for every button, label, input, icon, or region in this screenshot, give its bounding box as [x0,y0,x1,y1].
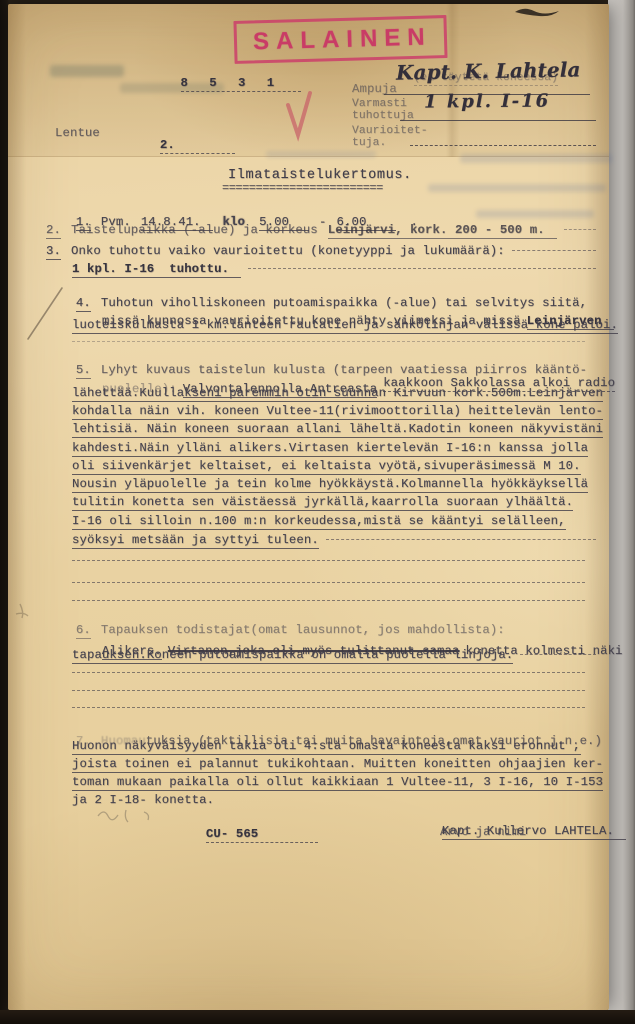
answer-text: Nousin yläpuolelle ja tein kolme hyökkäy… [72,477,588,493]
blank-rule [72,707,585,708]
item-3: 3.Onko tuhottu vaiko vaurioitettu (konet… [46,244,596,260]
item-5-line3: lähettää.Kuullakseni paremmin otin suunn… [72,386,603,400]
answer-text: Huonon näkyväisyyden takia oli 4:stä oma… [72,739,581,755]
diary-number-value: 8 5 3 1 [181,76,302,92]
unit-code-text: CU- 565 [206,827,318,843]
blank-rule [72,690,585,691]
flight-value: 2. [130,124,235,166]
answer-text: Leinjärvi, kork. 200 - 500 m. [328,223,557,239]
item-6-line2: tapauksen.Koneen putoamispaikka on omall… [72,648,596,664]
item-5-line6: kahdesti.Näin ylläni alikers.Virtasen ki… [72,441,588,455]
rule-fill [512,248,596,251]
answer-text: lähettää.Kuullakseni paremmin otin suunn… [72,386,603,402]
item-2: 2.Taistelupaikka (-alue) ja korkeusLeinj… [46,223,596,239]
answer-text: tapauksen.Koneen putoamispaikka on omall… [72,648,513,664]
confirmed-kills-value-handwritten: 1 kpl. I-16 [424,94,550,109]
answer-text: oli siivenkärjet keltaiset, ei keltaista… [72,459,581,475]
document-page: SALAINEN 8 5 3 1 (ei täytetä koneessa) A… [8,4,609,1010]
bleedthrough-text-blob [476,210,594,218]
item-3-answer: 1 kpl. I-16 tuhottu. [72,262,596,278]
answer-text: kohdalla näin vih. koneen Vultee-11(rivi… [72,404,603,420]
question-text: Taistelupaikka (-alue) ja korkeus [71,223,318,237]
question-text: Onko tuhottu vaiko vaurioitettu (konetyy… [71,244,505,258]
bleedthrough-text-blob [460,154,612,163]
photo-backing-edge [608,0,635,1012]
rule-fill [326,537,596,540]
faded-stamp-blob [50,65,124,77]
answer-line [400,120,596,121]
pencil-mark [16,604,28,618]
blank-rule [72,341,585,342]
rule-fill [520,652,596,655]
item-5-line4: kohdalla näin vih. koneen Vultee-11(rivi… [72,404,603,418]
item-5-line7: oli siivenkärjet keltaiset, ei keltaista… [72,459,581,473]
bleedthrough-text-blob [266,151,376,158]
item-4-line3: luoteiskulmasta 1 km.länteen rautatien j… [72,318,596,334]
item-5-line5: lehtisiä. Näin koneen suoraan allani läh… [72,422,603,436]
item-7-line1: Huonon näkyväisyyden takia oli 4:stä oma… [72,739,581,753]
answer-text: joista toinen ei palannut tukikohtaan. M… [72,757,603,773]
diary-number-field: 8 5 3 1 [123,62,301,104]
ink-blot [515,9,559,16]
blank-rule [72,560,585,561]
answer-text: lehtisiä. Näin koneen suoraan allani läh… [72,422,603,438]
item-5-line8: Nousin yläpuolelle ja tein kolme hyökkäy… [72,477,588,491]
shooter-value-handwritten: Kapt. K. Lahtela [396,62,581,79]
rule-fill [564,227,596,230]
flight-value-text: 2. [160,138,235,154]
photo-frame-edge [0,1010,635,1024]
pencil-scribble [98,810,149,822]
item-number: 2. [46,223,61,239]
item-7-line4: ja 2 I-18- konetta. [72,793,214,807]
signature-caption: Arvo ja nimi [440,825,526,839]
answer-text: toman mukaan paikalla oli ollut kaikkiaa… [72,775,603,791]
item-5-line10: I-16 oli silloin n.100 m:n korkeudessa,m… [72,514,566,528]
answer-text: luoteiskulmasta 1 km.länteen rautatien j… [72,318,618,334]
answer-text: 1 kpl. I-16 tuhottu. [72,262,241,278]
answer-text: ja 2 I-18- konetta. [72,793,214,807]
item-7-line2: joista toinen ei palannut tukikohtaan. M… [72,757,603,771]
answer-text: syöksyi metsään ja syttyi tuleen. [72,533,319,549]
answer-text: I-16 oli silloin n.100 m:n korkeudessa,m… [72,514,566,530]
rule-fill [248,266,596,269]
blank-rule [72,672,585,673]
title-underline: ======================== [222,181,383,195]
answer-text: tulitin konetta sen väistäessä jyrkällä,… [72,495,573,511]
item-5-line11: syöksyi metsään ja syttyi tuleen. [72,533,596,549]
flight-label: Lentue [55,126,100,140]
answer-text: kahdesti.Näin ylläni alikers.Virtasen ki… [72,441,588,457]
photographed-document: { "stamp": { "label": "SALAINEN" }, "hea… [0,0,635,1024]
item-5-line9: tulitin konetta sen väistäessä jyrkällä,… [72,495,573,509]
bleedthrough-text-blob [428,184,606,192]
answer-line [410,145,596,146]
damaged-label-2: tuja. [352,136,386,150]
unit-code-field: CU- 565 [176,813,318,855]
item-number: 3. [46,244,61,260]
blank-rule [72,582,585,583]
item-7-line3: toman mukaan paikalla oli ollut kaikkiaa… [72,775,603,789]
blank-rule [72,600,585,601]
